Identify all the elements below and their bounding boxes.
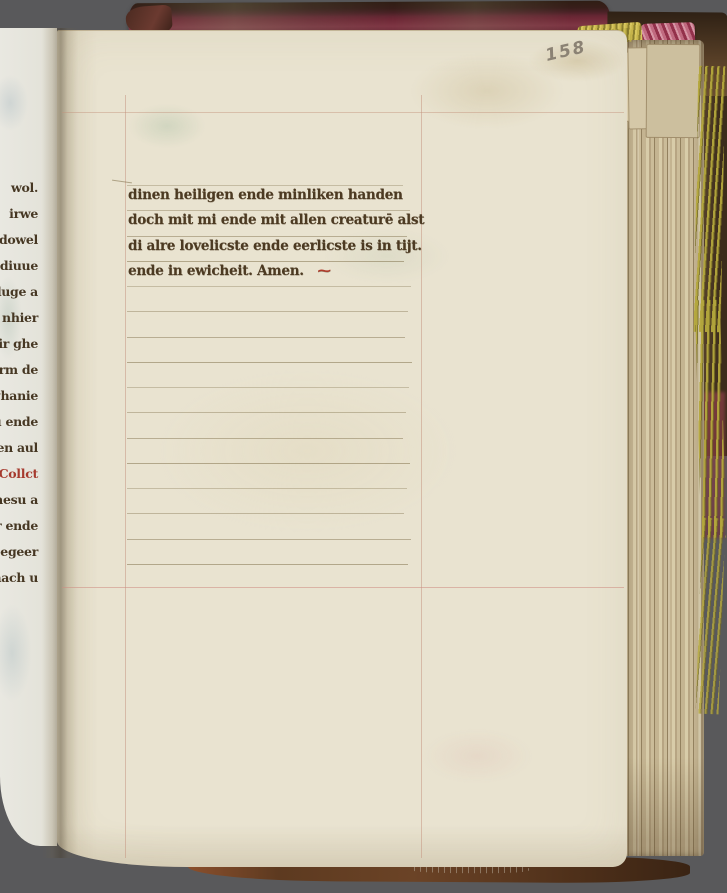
ruled-line	[127, 539, 411, 540]
manuscript-text-line: dinen heiligen ende minliken handen	[128, 187, 403, 213]
ruled-line	[127, 362, 412, 363]
facing-page-text-line: wol.	[11, 180, 38, 206]
page-corner	[646, 44, 701, 138]
silk-fringe	[694, 66, 726, 332]
facing-page-text-line: gen aul	[0, 440, 38, 466]
ruled-line	[127, 387, 409, 388]
ruled-line	[127, 311, 408, 312]
ruling-vertical-left	[125, 95, 126, 858]
ruled-line	[127, 337, 405, 338]
facing-page-text-line: r ihesu a	[0, 492, 38, 518]
ruled-line	[127, 564, 408, 565]
facing-page-text-line: r begeer	[0, 544, 38, 570]
ruling-horizontal-top	[62, 112, 624, 113]
manuscript-photo: wol.irwen doweln diuueduge anhiermir ghe…	[0, 0, 727, 893]
facing-page-text-line: n diuue	[0, 258, 38, 284]
facing-page-text-line: irwe	[9, 206, 38, 232]
manuscript-text-line: ende in ewicheit. Amen.⁓	[128, 263, 331, 289]
facing-page-text-line: erir ende	[0, 518, 38, 544]
facing-page-text-line: nhier	[2, 310, 38, 336]
facing-page-text-line: rnach u	[0, 570, 38, 596]
rubric-flourish: ⁓	[317, 263, 331, 279]
ruling-vertical-right	[421, 95, 422, 858]
facing-page-text-line: Collct	[0, 466, 38, 492]
ruled-line	[127, 185, 403, 186]
ruled-line	[127, 513, 404, 514]
ruled-line	[127, 412, 406, 413]
manuscript-page	[57, 30, 627, 867]
ruled-line	[127, 438, 403, 439]
gutter-shadow	[42, 28, 78, 858]
ruled-line	[127, 463, 410, 464]
facing-page-text-line: ieu ende	[0, 414, 38, 440]
ruling-horizontal-bottom	[62, 587, 624, 588]
fore-edge-page-stack	[620, 40, 704, 856]
facing-page-text-line: n dowel	[0, 232, 38, 258]
manuscript-text-line: doch mit mi ende mit allen creaturē alst	[128, 212, 424, 238]
ruled-line	[127, 488, 407, 489]
facing-page-text-line: urm de	[0, 362, 38, 388]
manuscript-text-line: di alre lovelicste ende eerlicste is in …	[128, 238, 422, 264]
facing-page-text-line: mir ghe	[0, 336, 38, 362]
facing-page-text-fragments: wol.irwen doweln diuueduge anhiermir ghe…	[0, 180, 41, 600]
facing-page-text-line: ghanie	[0, 388, 38, 414]
facing-page-text-line: duge a	[0, 284, 38, 310]
